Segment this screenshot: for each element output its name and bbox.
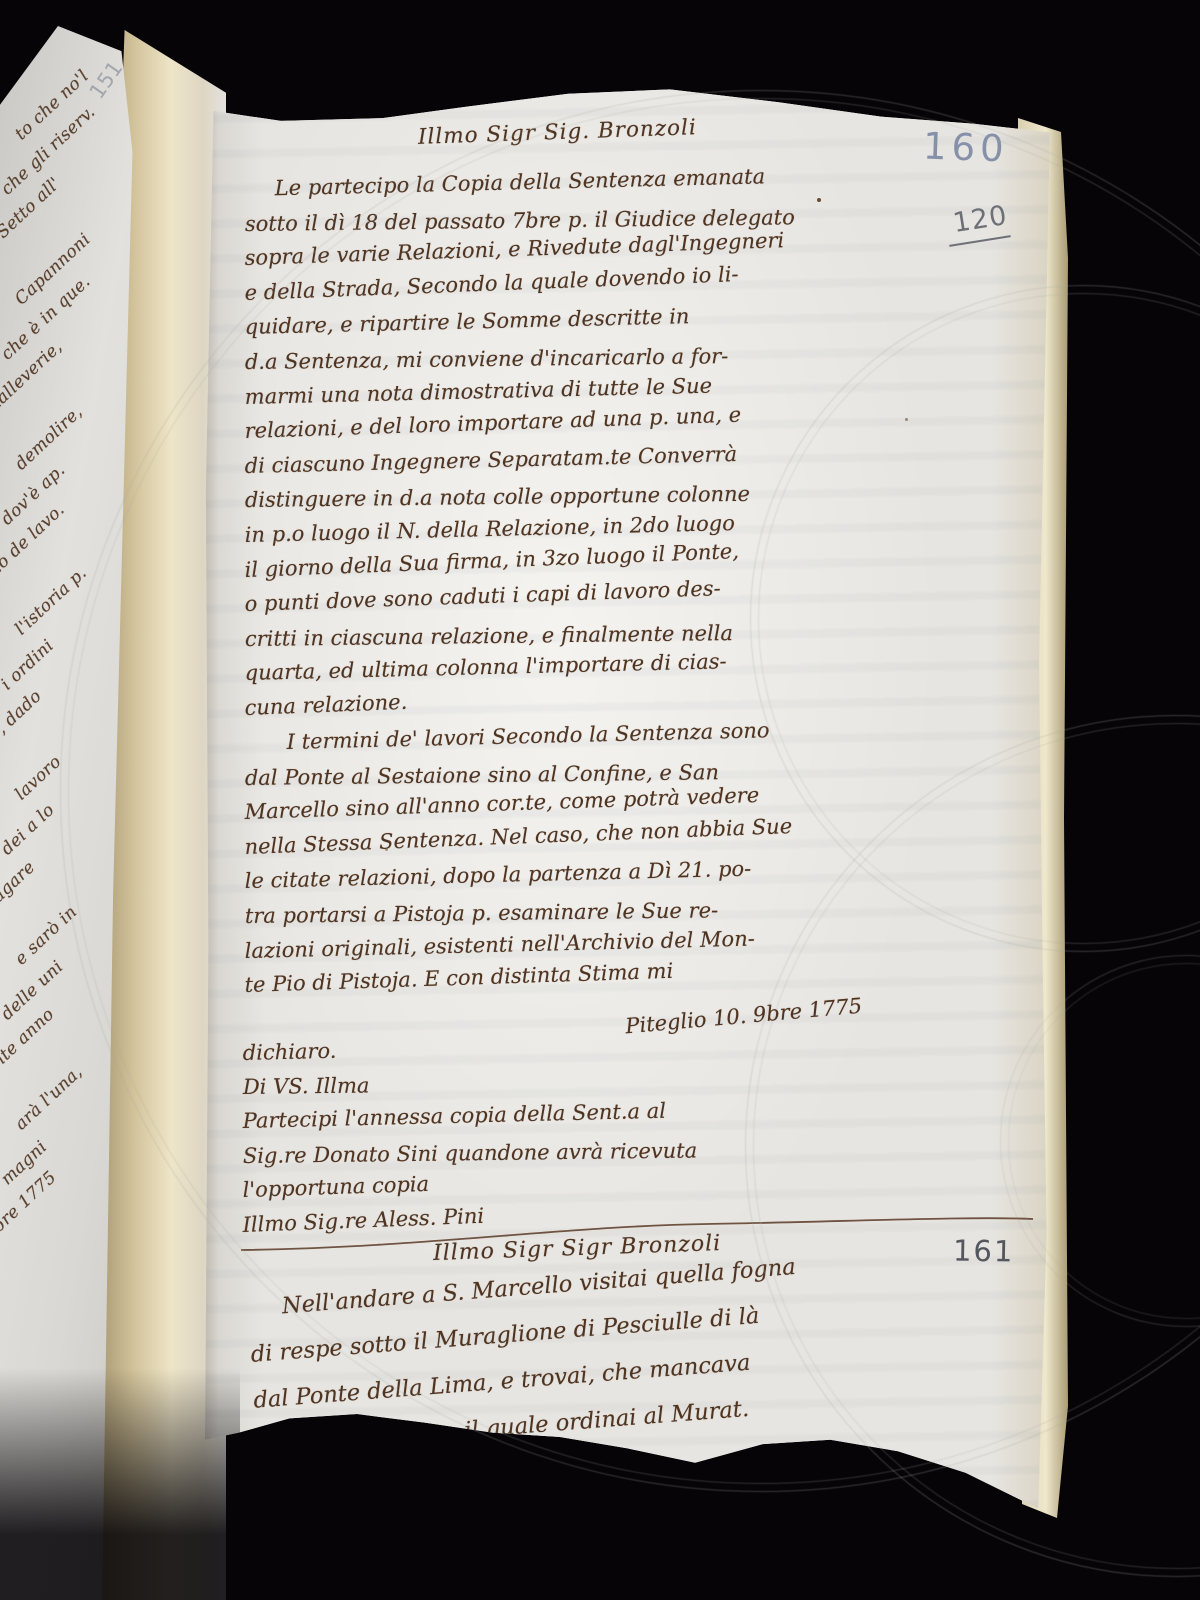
facing-page-text-fragments: La cauzi.to che no'lche gli riserv.il Se… <box>0 72 125 1247</box>
ink-speck <box>817 198 821 202</box>
manuscript-page: Illmo Sigr Sig. Bronzoli 160 120 Le part… <box>205 88 1050 1520</box>
binding-shadow <box>0 1368 240 1600</box>
letter2-body: Nell'andare a S. Marcello visitai quella… <box>247 1241 1017 1470</box>
letter1-body: Le partecipo la Copia della Sentenza ema… <box>245 172 961 726</box>
letter1-heading: Illmo Sigr Sig. Bronzoli <box>418 115 698 150</box>
ink-speck <box>905 418 908 421</box>
ink-speck <box>745 1498 749 1501</box>
ink-divider-rule <box>237 1210 1037 1256</box>
manuscript-photo: 151 La cauzi.to che no'lche gli riserv.i… <box>0 0 1200 1600</box>
ink-speck <box>385 848 388 851</box>
letter1-paragraph2: I termini de' lavori Secondo la Sentenza… <box>245 726 961 1003</box>
